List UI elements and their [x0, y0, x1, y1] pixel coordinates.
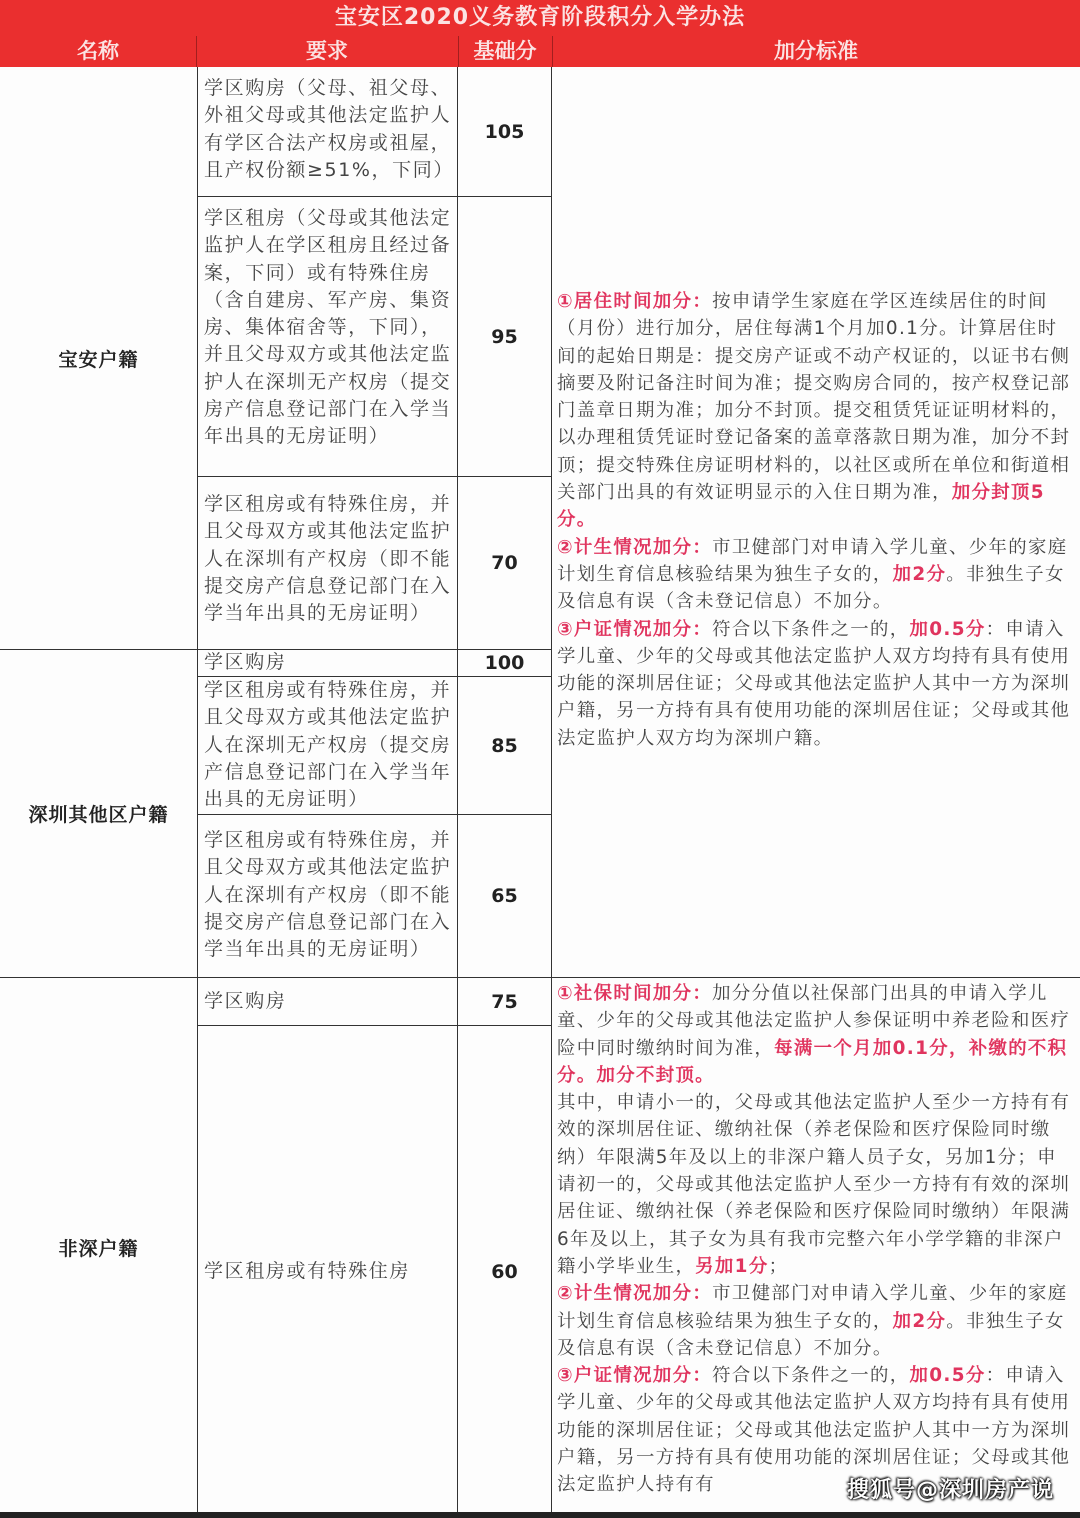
base-score-cell: 65	[458, 815, 552, 978]
bonus-item-family-planning: ②计生情况加分：市卫健部门对申请入学儿童、少年的家庭计划生育信息核验结果为独生子…	[557, 1280, 1074, 1362]
bonus-item-family-planning: ②计生情况加分：市卫健部门对申请入学儿童、少年的家庭计划生育信息核验结果为独生子…	[557, 534, 1074, 616]
requirement-cell: 学区租房或有特殊住房，并且父母双方或其他法定监护人在深圳无产权房（提交房产信息登…	[198, 677, 458, 815]
base-score-cell: 85	[458, 677, 552, 815]
header-name: 名称	[0, 36, 197, 67]
group-name-non-shenzhen: 非深户籍	[0, 978, 198, 1518]
bonus-item-social-security-extra: 其中，申请小一的，父母或其他法定监护人至少一方持有有效的深圳居住证、缴纳社保（养…	[557, 1089, 1074, 1280]
base-score-cell: 95	[458, 197, 552, 477]
requirement-cell: 学区租房（父母或其他法定监护人在学区租房且经过备案，下同）或有特殊住房（含自建房…	[198, 197, 458, 477]
bonus-item-residence: ①居住时间加分：按申请学生家庭在学区连续居住的时间（月份）进行加分，居住每满1个…	[557, 288, 1074, 534]
header-requirement: 要求	[196, 36, 459, 67]
group-name-baoan: 宝安户籍	[0, 67, 198, 650]
requirement-cell: 学区租房或有特殊住房，并且父母双方或其他法定监护人在深圳有产权房（即不能提交房产…	[198, 477, 458, 650]
watermark: 搜狐号@深圳房产说	[847, 1473, 1054, 1504]
base-score-cell: 60	[458, 1026, 552, 1518]
requirement-cell: 学区购房（父母、祖父母、外祖父母或其他法定监护人有学区合法产权房或祖屋，且产权份…	[198, 67, 458, 197]
bonus-item-social-security: ①社保时间加分：加分分值以社保部门出具的申请入学儿童、少年的父母或其他法定监护人…	[557, 980, 1074, 1089]
bonus-criteria-non-shenzhen: ①社保时间加分：加分分值以社保部门出具的申请入学儿童、少年的父母或其他法定监护人…	[552, 978, 1080, 1518]
score-table: 宝安户籍 学区购房（父母、祖父母、外祖父母或其他法定监护人有学区合法产权房或祖屋…	[0, 67, 1080, 1518]
requirement-cell: 学区购房	[198, 978, 458, 1026]
bonus-criteria-shenzhen: ①居住时间加分：按申请学生家庭在学区连续居住的时间（月份）进行加分，居住每满1个…	[552, 67, 1080, 978]
document-title: 宝安区2020义务教育阶段积分入学办法	[0, 0, 1080, 37]
requirement-cell: 学区购房	[198, 650, 458, 677]
requirement-cell: 学区租房或有特殊住房	[198, 1026, 458, 1518]
base-score-cell: 100	[458, 650, 552, 677]
header-base-score: 基础分	[458, 36, 553, 67]
bottom-border	[0, 1512, 1080, 1518]
group-name-shenzhen-other: 深圳其他区户籍	[0, 650, 198, 978]
requirement-cell: 学区租房或有特殊住房，并且父母双方或其他法定监护人在深圳有产权房（即不能提交房产…	[198, 815, 458, 978]
bonus-item-residence-permit: ③户证情况加分：符合以下条件之一的，加0.5分：申请入学儿童、少年的父母或其他法…	[557, 616, 1074, 752]
base-score-cell: 70	[458, 477, 552, 650]
table-header-row: 名称 要求 基础分 加分标准	[0, 36, 1080, 69]
base-score-cell: 105	[458, 67, 552, 197]
base-score-cell: 75	[458, 978, 552, 1026]
header-bonus: 加分标准	[552, 36, 1080, 67]
